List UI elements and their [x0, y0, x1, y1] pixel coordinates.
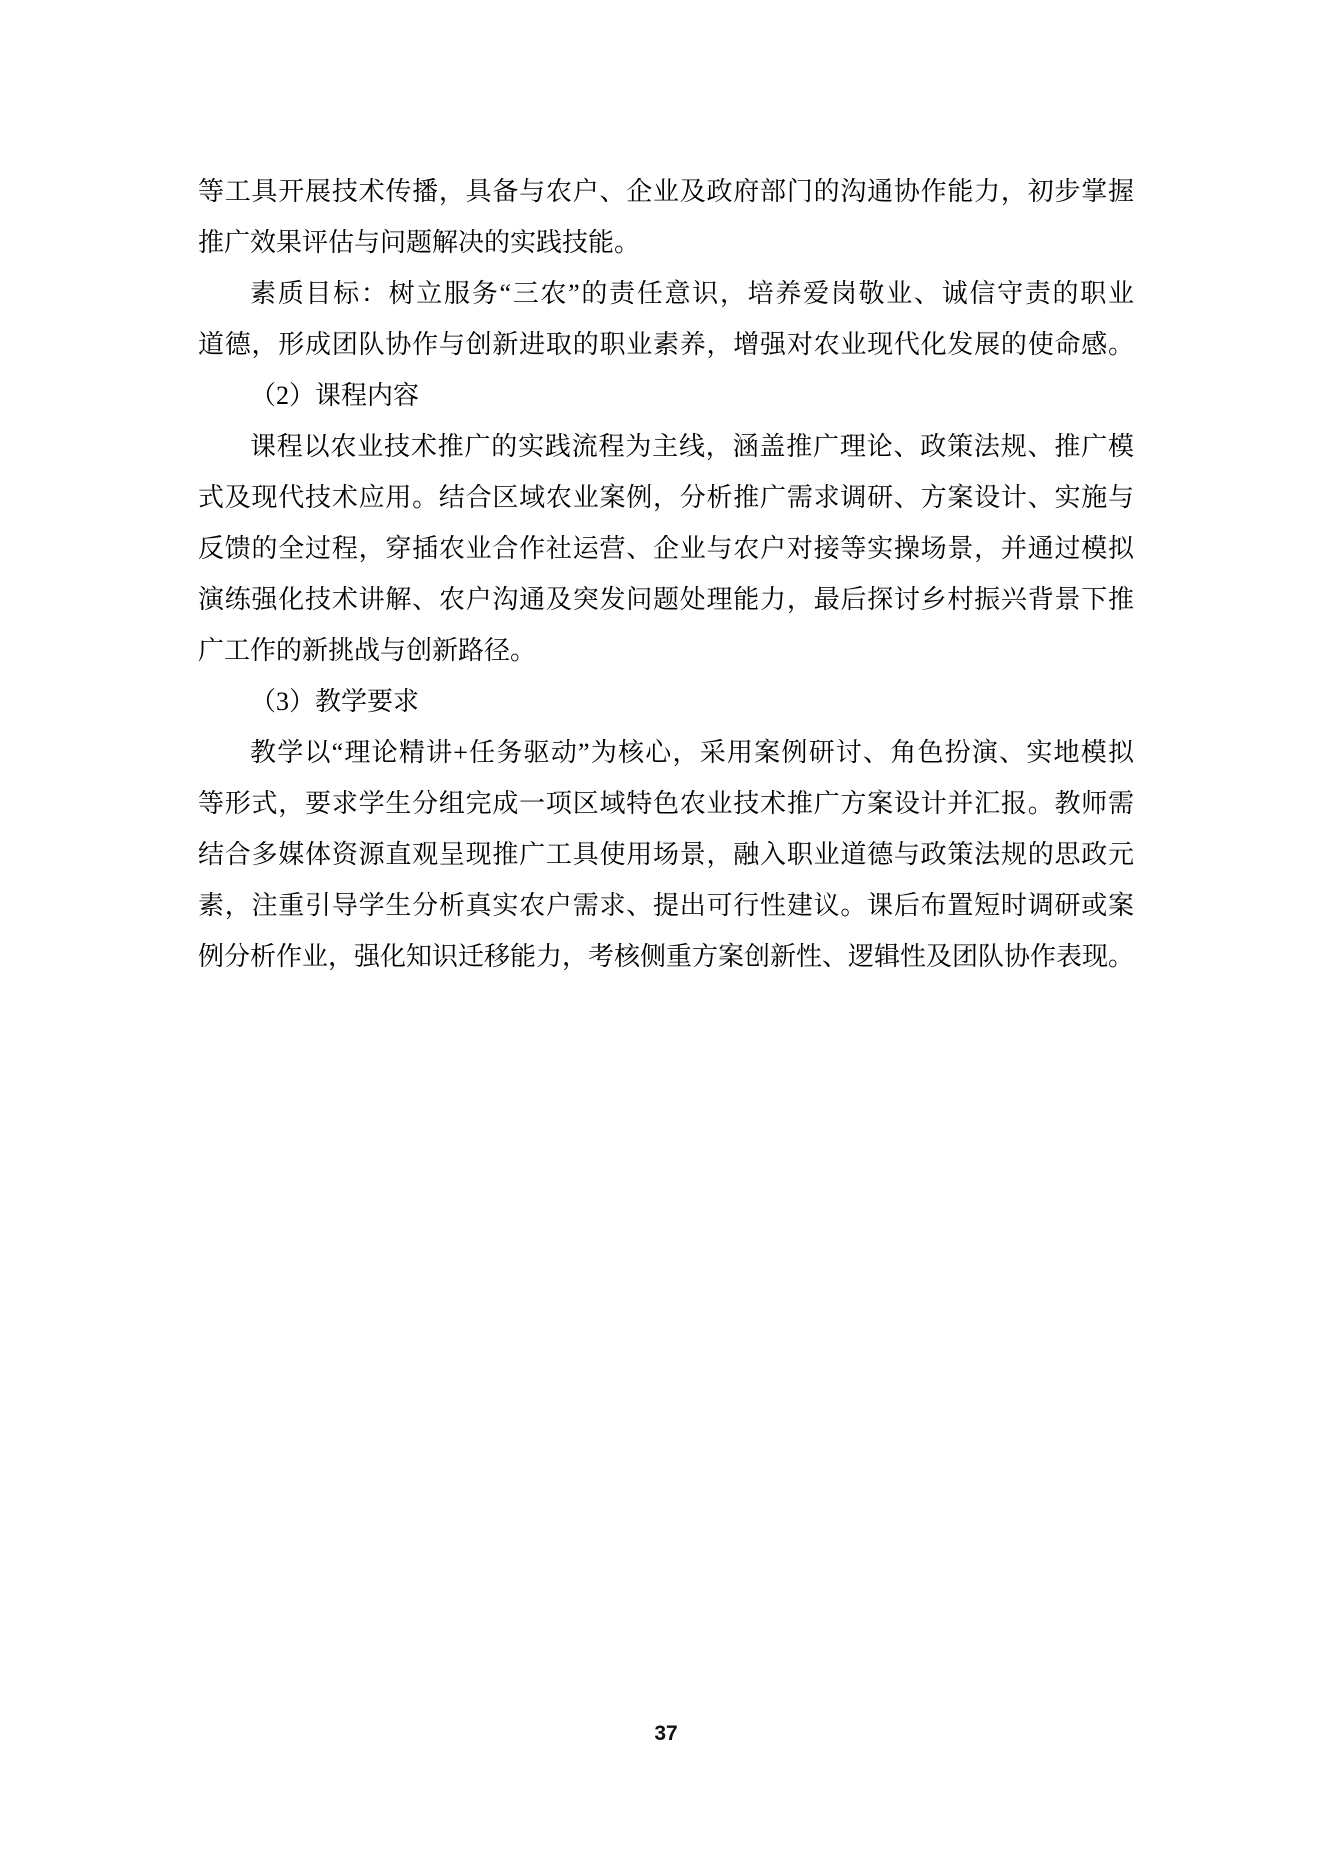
document-page: 等工具开展技术传播，具备与农户、企业及政府部门的沟通协作能力，初步掌握 推广效果…: [0, 0, 1323, 1871]
text-line: 课程以农业技术推广的实践流程为主线，涵盖推广理论、政策法规、推广模: [198, 421, 1134, 472]
page-number: 37: [198, 1722, 1134, 1746]
section-heading-teaching-requirements: （3）教学要求: [198, 676, 1134, 727]
text-line: 素，注重引导学生分析真实农户需求、提出可行性建议。课后布置短时调研或案: [198, 880, 1134, 931]
text-line: 素质目标：树立服务“三农”的责任意识，培养爱岗敬业、诚信守责的职业: [198, 268, 1134, 319]
text-line: 道德，形成团队协作与创新进取的职业素养，增强对农业现代化发展的使命感。: [198, 319, 1134, 370]
text-line: 反馈的全过程，穿插农业合作社运营、企业与农户对接等实操场景，并通过模拟: [198, 523, 1134, 574]
text-line: 演练强化技术讲解、农户沟通及突发问题处理能力，最后探讨乡村振兴背景下推: [198, 574, 1134, 625]
section-heading-course-content: （2）课程内容: [198, 370, 1134, 421]
text-line: 推广效果评估与问题解决的实践技能。: [198, 217, 1134, 268]
text-line: 等形式，要求学生分组完成一项区域特色农业技术推广方案设计并汇报。教师需: [198, 778, 1134, 829]
text-line: 结合多媒体资源直观呈现推广工具使用场景，融入职业道德与政策法规的思政元: [198, 829, 1134, 880]
body-text: 等工具开展技术传播，具备与农户、企业及政府部门的沟通协作能力，初步掌握 推广效果…: [198, 166, 1134, 982]
text-line: 例分析作业，强化知识迁移能力，考核侧重方案创新性、逻辑性及团队协作表现。: [198, 931, 1134, 982]
text-line: 式及现代技术应用。结合区域农业案例，分析推广需求调研、方案设计、实施与: [198, 472, 1134, 523]
text-line: 等工具开展技术传播，具备与农户、企业及政府部门的沟通协作能力，初步掌握: [198, 166, 1134, 217]
text-line: 教学以“理论精讲+任务驱动”为核心，采用案例研讨、角色扮演、实地模拟: [198, 727, 1134, 778]
text-line: 广工作的新挑战与创新路径。: [198, 625, 1134, 676]
